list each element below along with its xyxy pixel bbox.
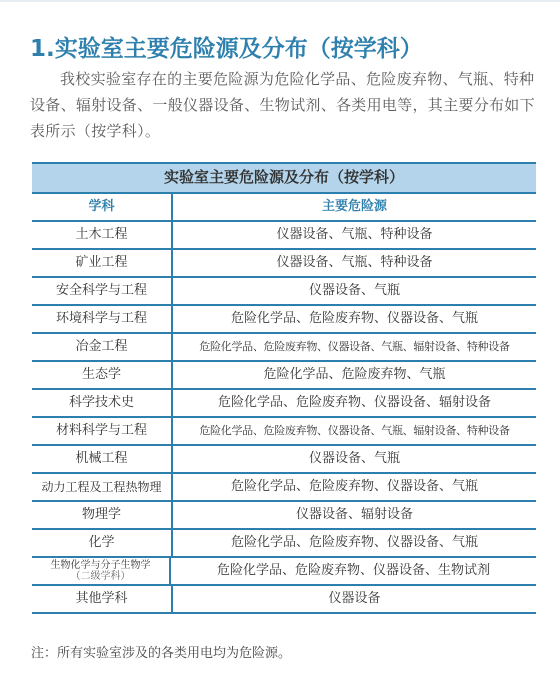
hazards-cell: 仪器设备、气瓶、特种设备 (173, 250, 536, 276)
table-row: 化学危险化学品、危险废弃物、仪器设备、气瓶 (32, 530, 536, 558)
subject-cell: 土木工程 (32, 222, 173, 248)
hazards-cell: 危险化学品、危险废弃物、仪器设备、气瓶、辐射设备、特种设备 (173, 418, 536, 444)
table-row: 物理学仪器设备、辐射设备 (32, 502, 536, 530)
hazards-cell: 仪器设备、气瓶、特种设备 (173, 222, 536, 248)
table-title: 实验室主要危险源及分布（按学科） (32, 162, 536, 194)
hazard-table: 实验室主要危险源及分布（按学科） 学科 主要危险源 土木工程仪器设备、气瓶、特种… (32, 162, 536, 614)
subject-cell: 机械工程 (32, 446, 173, 472)
subject-cell: 生物化学与分子生物学 （二级学科） (32, 558, 171, 584)
table-row: 冶金工程危险化学品、危险废弃物、仪器设备、气瓶、辐射设备、特种设备 (32, 334, 536, 362)
top-divider (0, 0, 560, 2)
subject-cell: 环境科学与工程 (32, 306, 173, 332)
table-row: 矿业工程仪器设备、气瓶、特种设备 (32, 250, 536, 278)
subject-name: 生物化学与分子生物学 (32, 560, 169, 571)
table-row: 科学技术史危险化学品、危险废弃物、仪器设备、辐射设备 (32, 390, 536, 418)
subject-cell: 矿业工程 (32, 250, 173, 276)
hazards-cell: 危险化学品、危险废弃物、仪器设备、气瓶 (173, 474, 536, 500)
hazards-cell: 仪器设备、辐射设备 (173, 502, 536, 528)
table-row: 生物化学与分子生物学 （二级学科） 危险化学品、危险废弃物、仪器设备、生物试剂 (32, 558, 536, 586)
subject-cell: 冶金工程 (32, 334, 173, 360)
hazards-cell: 仪器设备 (173, 586, 536, 612)
hazards-cell: 危险化学品、危险废弃物、气瓶 (173, 362, 536, 388)
table-row: 动力工程及工程热物理危险化学品、危险废弃物、仪器设备、气瓶 (32, 474, 536, 502)
hazards-cell: 危险化学品、危险废弃物、仪器设备、气瓶 (173, 530, 536, 556)
hazards-cell: 危险化学品、危险废弃物、仪器设备、气瓶 (173, 306, 536, 332)
subject-cell: 化学 (32, 530, 173, 556)
subject-cell: 材料科学与工程 (32, 418, 173, 444)
hazards-cell: 危险化学品、危险废弃物、仪器设备、气瓶、辐射设备、特种设备 (173, 334, 536, 360)
header-hazards: 主要危险源 (173, 194, 536, 220)
hazards-cell: 仪器设备、气瓶 (173, 446, 536, 472)
subject-cell: 动力工程及工程热物理 (32, 474, 173, 500)
table-header-row: 学科 主要危险源 (32, 194, 536, 222)
table-row: 机械工程仪器设备、气瓶 (32, 446, 536, 474)
subject-cell: 生态学 (32, 362, 173, 388)
section-heading: 1.实验室主要危险源及分布（按学科） (30, 30, 423, 63)
table-row: 土木工程仪器设备、气瓶、特种设备 (32, 222, 536, 250)
subject-cell: 安全科学与工程 (32, 278, 173, 304)
table-row: 其他学科仪器设备 (32, 586, 536, 614)
subject-note: （二级学科） (32, 571, 169, 582)
hazards-cell: 仪器设备、气瓶 (173, 278, 536, 304)
table-row: 材料科学与工程危险化学品、危险废弃物、仪器设备、气瓶、辐射设备、特种设备 (32, 418, 536, 446)
table-row: 环境科学与工程危险化学品、危险废弃物、仪器设备、气瓶 (32, 306, 536, 334)
subject-cell: 科学技术史 (32, 390, 173, 416)
intro-paragraph: 我校实验室存在的主要危险源为危险化学品、危险废弃物、气瓶、特种设备、辐射设备、一… (30, 66, 540, 144)
footnote: 注：所有实验室涉及的各类用电均为危险源。 (31, 642, 291, 661)
header-subject: 学科 (32, 194, 173, 220)
hazards-cell: 危险化学品、危险废弃物、仪器设备、生物试剂 (171, 558, 536, 584)
table-row: 生态学危险化学品、危险废弃物、气瓶 (32, 362, 536, 390)
hazards-cell: 危险化学品、危险废弃物、仪器设备、辐射设备 (173, 390, 536, 416)
subject-cell: 其他学科 (32, 586, 173, 612)
table-row: 安全科学与工程仪器设备、气瓶 (32, 278, 536, 306)
subject-cell: 物理学 (32, 502, 173, 528)
